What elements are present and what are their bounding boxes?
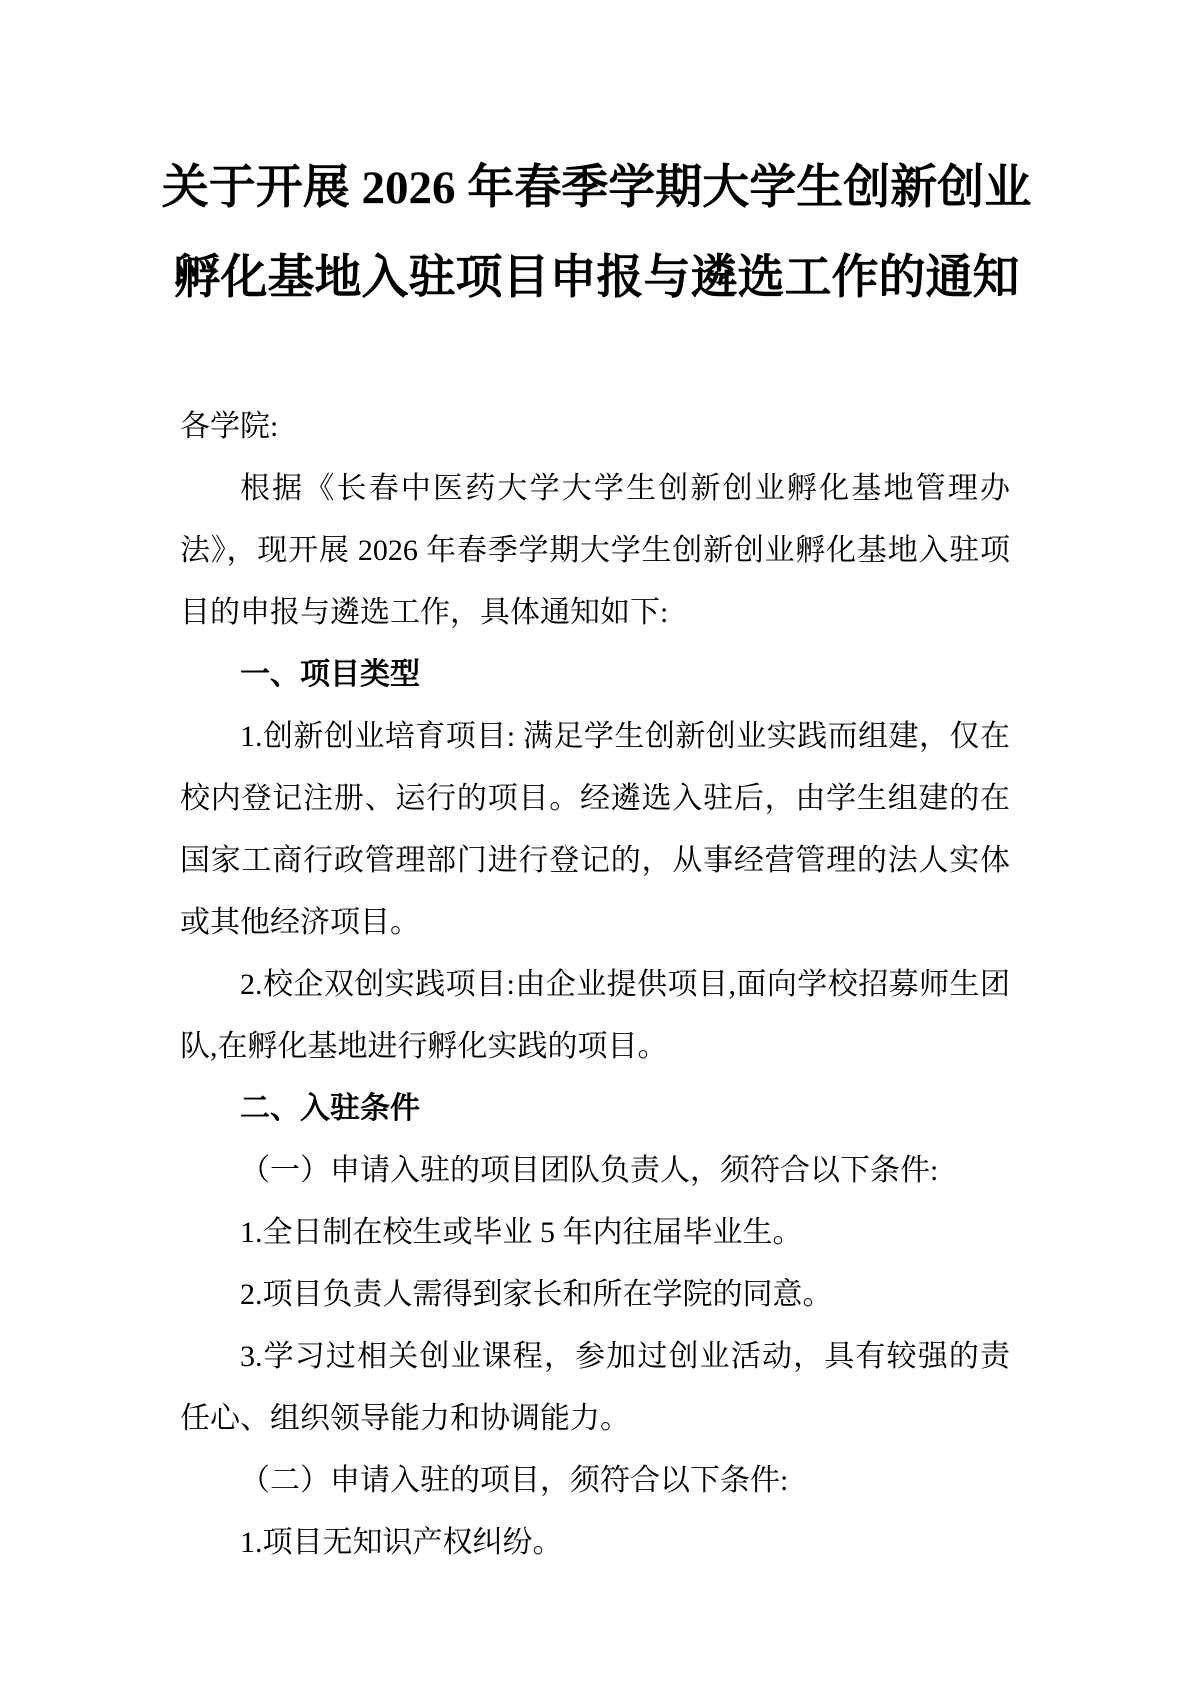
subsection-2-heading: （二）申请入驻的项目，须符合以下条件:	[180, 1450, 1010, 1512]
section-1-heading: 一、项目类型	[180, 644, 1010, 706]
salutation: 各学院:	[180, 396, 1010, 458]
document-title: 关于开展 2026 年春季学期大学生创新创业 孵化基地入驻项目申报与遴选工作的通…	[85, 143, 1108, 323]
document-body: 各学院: 根据《长春中医药大学大学生创新创业孵化基地管理办法》，现开展 2026…	[0, 396, 1193, 1574]
subsection-1-heading: （一）申请入驻的项目团队负责人，须符合以下条件:	[180, 1140, 1010, 1202]
title-line-1: 关于开展 2026 年春季学期大学生创新创业	[85, 143, 1108, 233]
project-condition-item-1: 1.项目无知识产权纠纷。	[180, 1512, 1010, 1574]
leader-condition-item-1: 1.全日制在校生或毕业 5 年内往届毕业生。	[180, 1202, 1010, 1264]
document-page: 关于开展 2026 年春季学期大学生创新创业 孵化基地入驻项目申报与遴选工作的通…	[0, 0, 1193, 1686]
title-line-2: 孵化基地入驻项目申报与遴选工作的通知	[85, 233, 1108, 323]
project-type-item-1: 1.创新创业培育项目: 满足学生创新创业实践而组建，仅在校内登记注册、运行的项目…	[180, 706, 1010, 954]
section-2-heading: 二、入驻条件	[180, 1078, 1010, 1140]
intro-paragraph: 根据《长春中医药大学大学生创新创业孵化基地管理办法》，现开展 2026 年春季学…	[180, 458, 1010, 644]
leader-condition-item-3: 3.学习过相关创业课程，参加过创业活动，具有较强的责任心、组织领导能力和协调能力…	[180, 1326, 1010, 1450]
leader-condition-item-2: 2.项目负责人需得到家长和所在学院的同意。	[180, 1264, 1010, 1326]
project-type-item-2: 2.校企双创实践项目:由企业提供项目,面向学校招募师生团队,在孵化基地进行孵化实…	[180, 954, 1010, 1078]
